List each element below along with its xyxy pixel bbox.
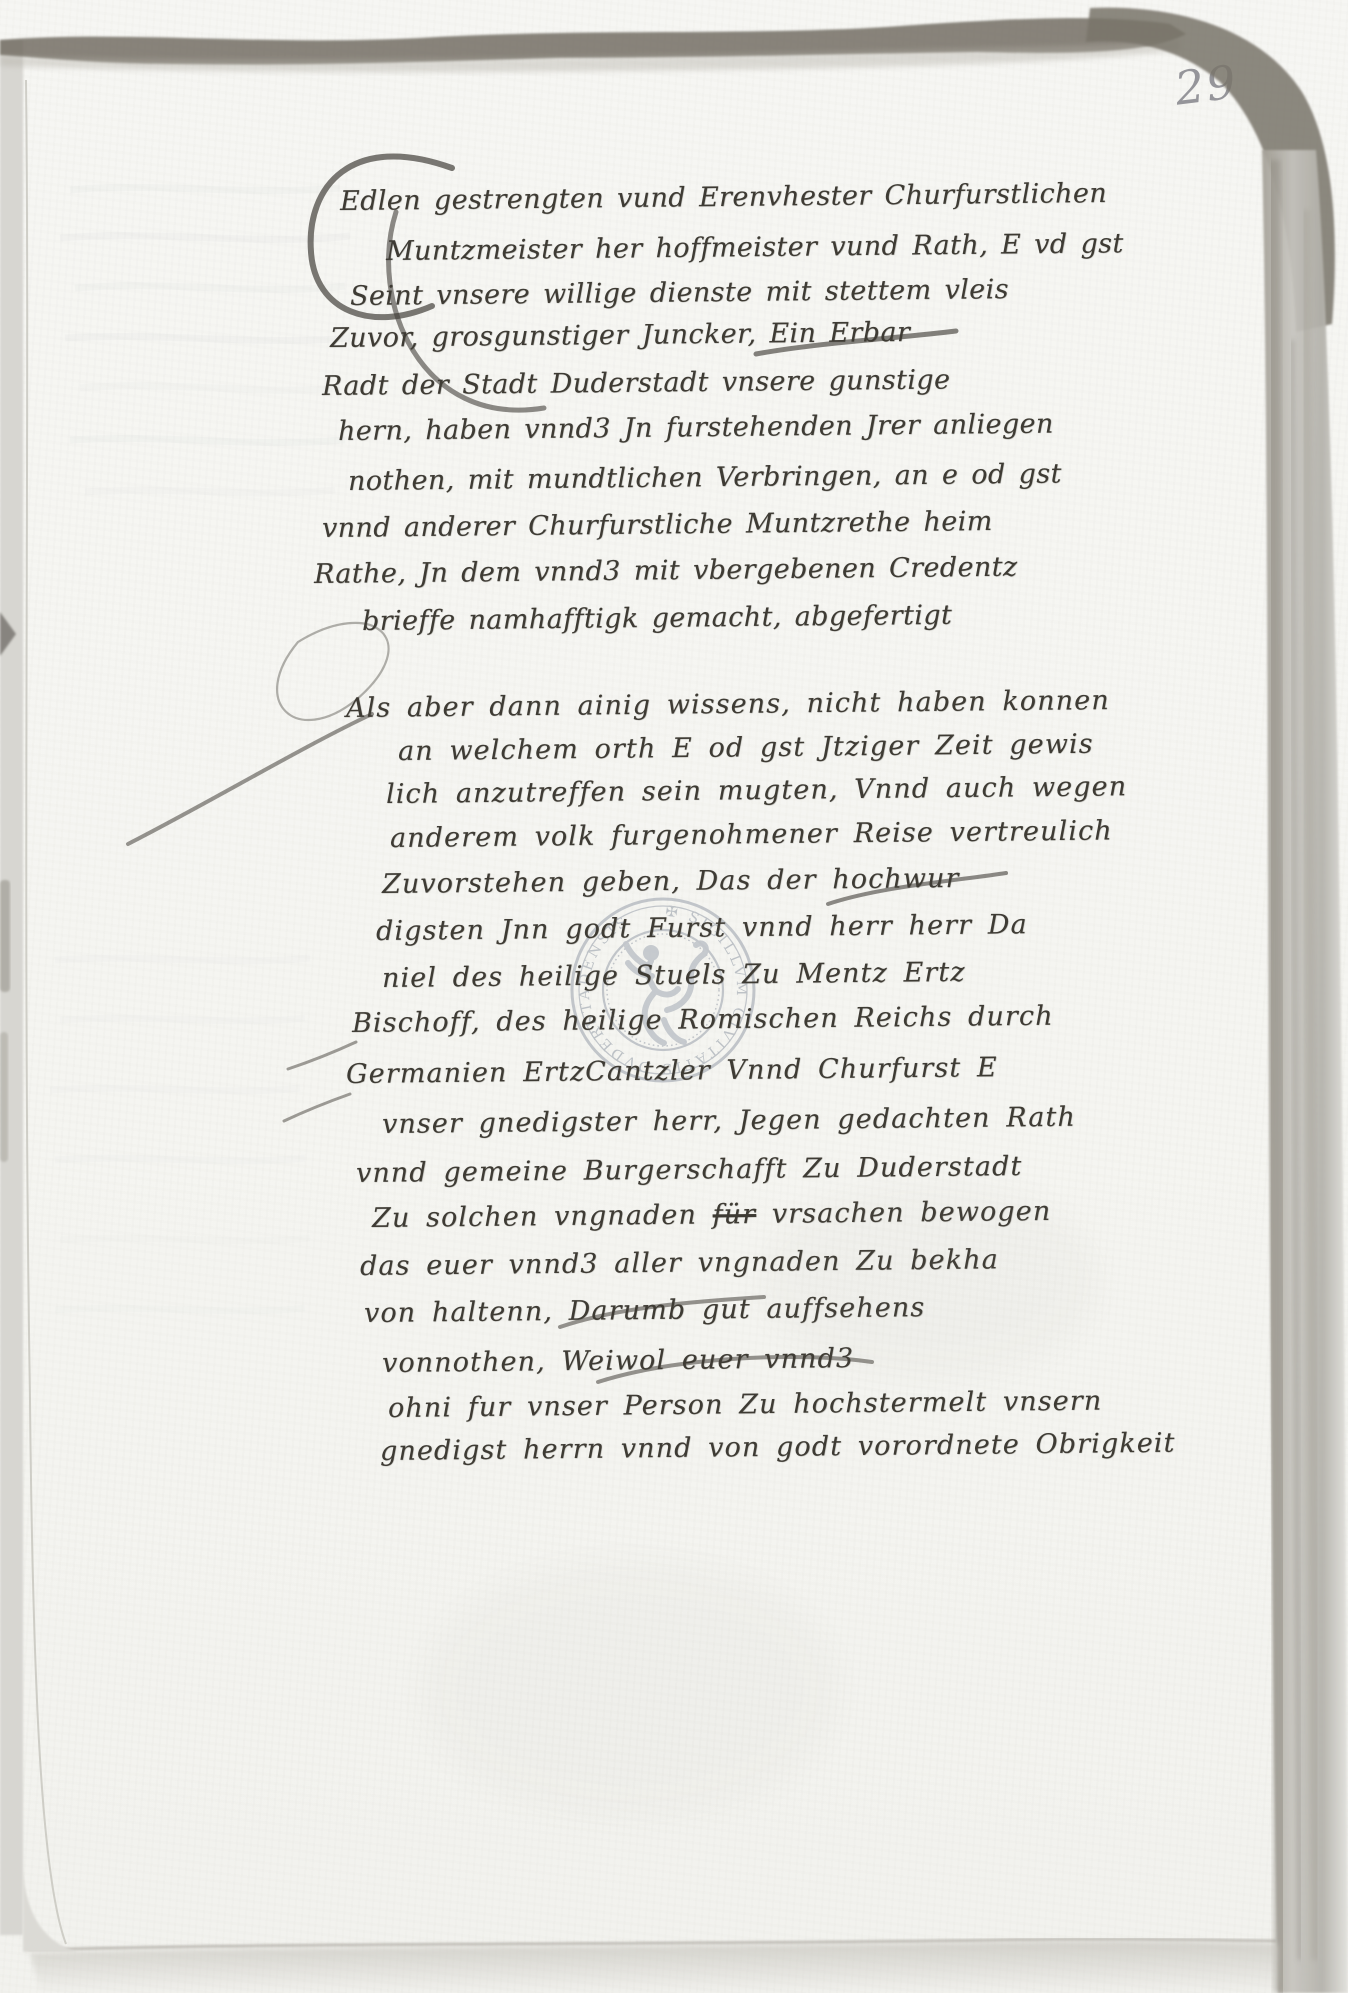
bottom-shadow bbox=[30, 1941, 1280, 1993]
paper-stain bbox=[420, 1560, 840, 1820]
manuscript-scan: ✠ SIGILLVM CIVITATIS DVDERSTADENSIS bbox=[0, 0, 1348, 1993]
paper-stain bbox=[760, 1180, 1100, 1380]
